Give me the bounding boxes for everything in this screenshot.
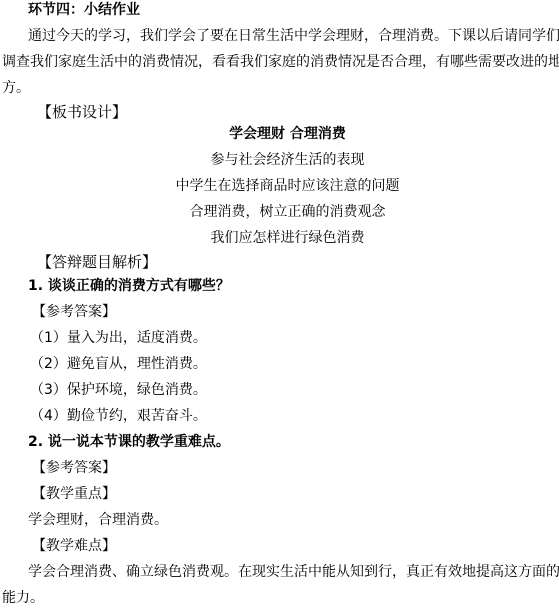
section-title: 环节四：小结作业 xyxy=(28,0,140,20)
answer-item: （2）避免盲从，理性消费。 xyxy=(30,354,207,374)
answer-item: （4）勤俭节约，艰苦奋斗。 xyxy=(30,406,207,426)
board-design-title: 学会理财 合理消费 xyxy=(0,124,559,144)
question-2: 2. 说一说本节课的教学重难点。 xyxy=(28,432,230,452)
board-design-item: 参与社会经济生活的表现 xyxy=(0,150,559,170)
difficulty-label: 【教学难点】 xyxy=(32,536,116,556)
answer-label: 【参考答案】 xyxy=(32,458,116,478)
board-design-item: 我们应怎样进行绿色消费 xyxy=(0,228,559,248)
answer-label: 【参考答案】 xyxy=(32,302,116,322)
difficulty-text-line-2: 能力。 xyxy=(2,588,44,608)
key-point-text: 学会理财，合理消费。 xyxy=(28,510,168,530)
board-design-item: 合理消费，树立正确的消费观念 xyxy=(0,202,559,222)
qa-heading: 【答辩题目解析】 xyxy=(37,252,157,272)
key-point-label: 【教学重点】 xyxy=(32,484,116,504)
answer-item: （1）量入为出，适度消费。 xyxy=(30,328,207,348)
question-1: 1. 谈谈正确的消费方式有哪些？ xyxy=(28,276,230,296)
intro-paragraph-line-1: 通过今天的学习，我们学会了要在日常生活中学会理财，合理消费。下课以后请同学们 xyxy=(28,26,559,46)
board-design-heading: 【板书设计】 xyxy=(37,102,127,122)
intro-paragraph-line-3: 方。 xyxy=(2,78,30,98)
intro-paragraph-line-2: 调查我们家庭生活中的消费情况，看看我们家庭的消费情况是否合理，有哪些需要改进的地 xyxy=(2,52,559,72)
difficulty-text-line-1: 学会合理消费、确立绿色消费观。在现实生活中能从知到行，真正有效地提高这方面的 xyxy=(28,562,559,582)
board-design-item: 中学生在选择商品时应该注意的问题 xyxy=(0,176,559,196)
answer-item: （3）保护环境，绿色消费。 xyxy=(30,380,207,400)
